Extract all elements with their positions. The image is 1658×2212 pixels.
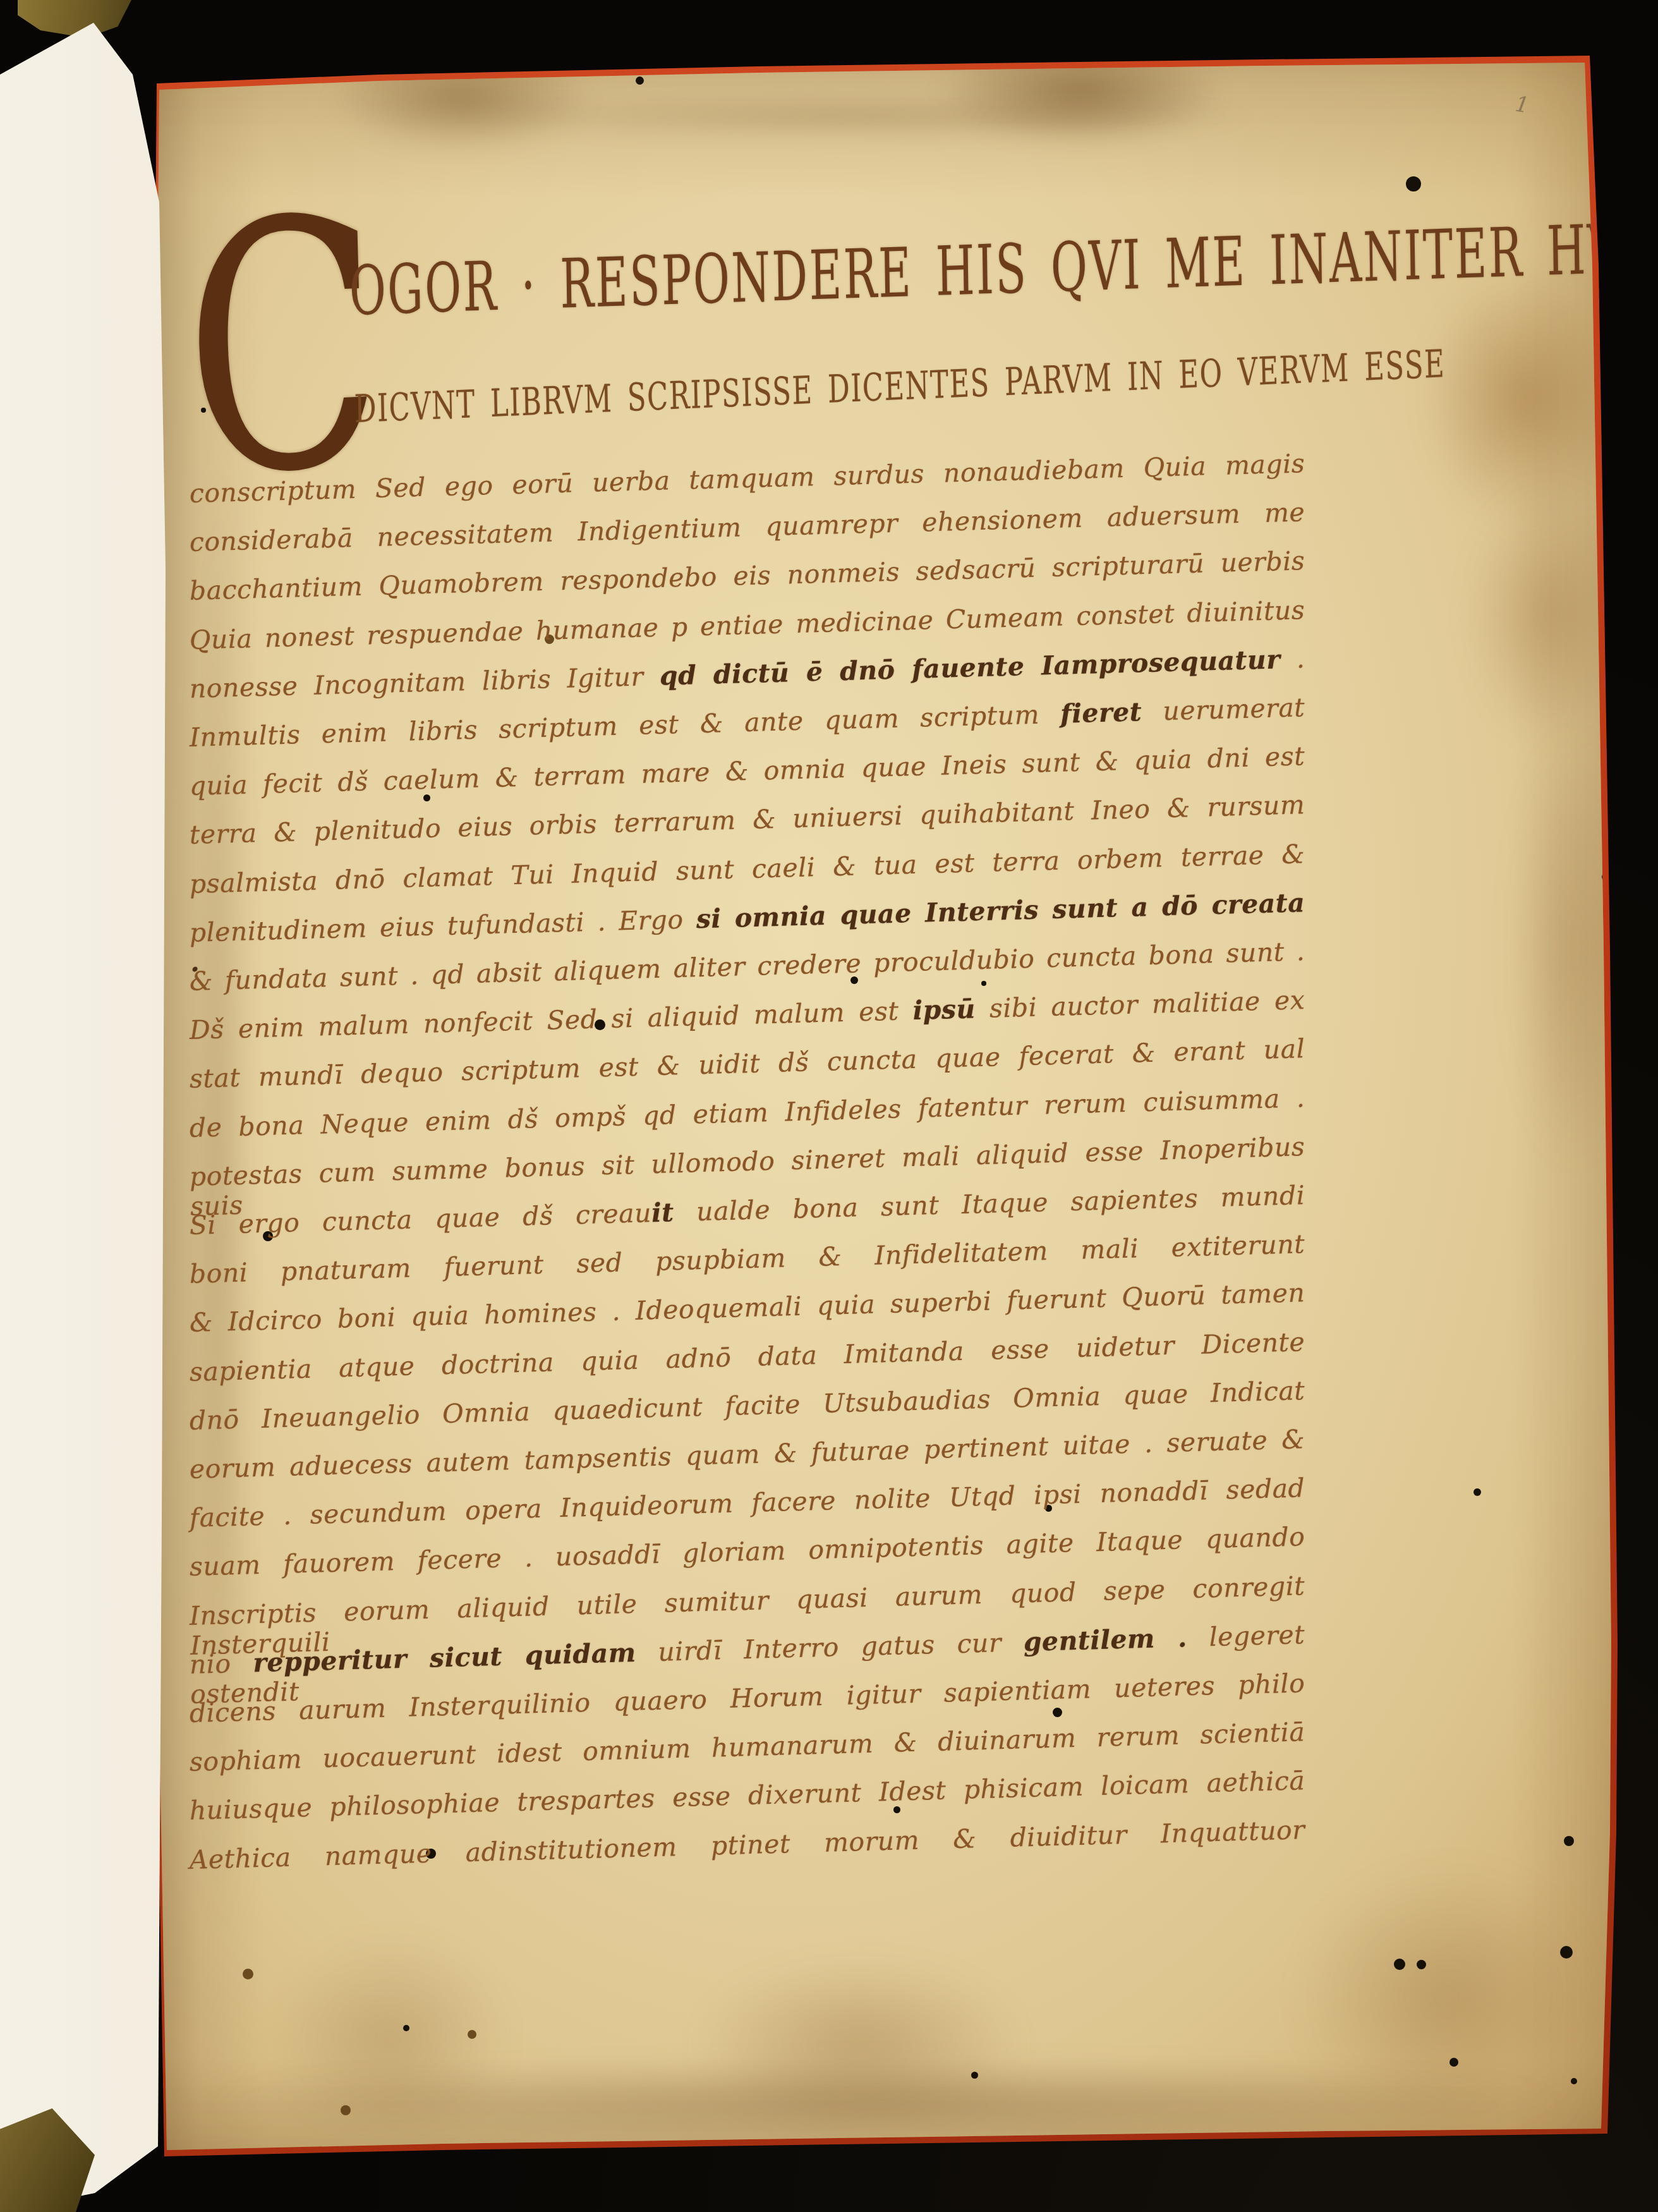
heading-line-1-text: OGOR · RESPONDERE HIS QVI ME INANITER HV… [349,208,1658,331]
ink-text: Dš enim malum nonfecit Sed si aliquid ma… [189,995,913,1045]
ink-text: . [1280,643,1305,674]
ink-text: uerumerat [1141,692,1305,727]
text-block: C OGOR · RESPONDERE HIS QVI ME INANITER … [0,0,1658,2212]
decorated-initial: C [181,200,385,499]
ink-text: nio [189,1648,253,1680]
retouched-ink-text: it [651,1197,674,1228]
photo-background: C OGOR · RESPONDERE HIS QVI ME INANITER … [0,0,1658,2212]
retouched-ink-text: fieret [1060,696,1142,729]
retouched-ink-text: gentilem . [1023,1622,1187,1657]
book-cover-fragment-top [18,0,131,38]
ink-text: nonesse Incognitam libris Igitur [189,661,660,704]
ink-text: Si ergo cuncta quae dš creau [189,1198,651,1241]
ink-text: plenitudinem eius tufundasti . Ergo [189,904,696,948]
ink-text: sibi auctor malitiae ex [975,985,1305,1024]
heading-line-1: OGOR · RESPONDERE HIS QVI ME INANITER HV… [349,207,1658,331]
ink-text: uirdī Interro gatus cur [636,1627,1024,1668]
retouched-ink-text: qd dictū ē dnō fauente Iamprosequatur [659,644,1281,691]
manuscript-page: C OGOR · RESPONDERE HIS QVI ME INANITER … [0,0,1658,2212]
retouched-ink-text: ipsū [912,994,976,1026]
ink-text: ualde bona sunt Itaque sapientes mundi [674,1180,1305,1227]
heading-line-2: DICVNT LIBRVM SCRIPSISSE DICENTES PARVM … [354,341,1446,431]
